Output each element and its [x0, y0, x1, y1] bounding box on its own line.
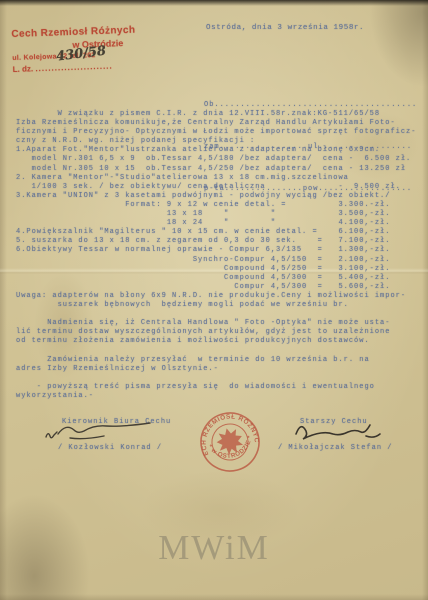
body-line [16, 346, 422, 355]
body-line: model Nr.301 6,5 x 9 ob.Tessar 4,5/180 /… [16, 155, 422, 164]
body-line: 6.Obiektywy Tessar w normalnej oprawie -… [16, 246, 422, 255]
body-line: 2. Kamera "Mentor"-"Studio"atelierowa 13… [16, 174, 422, 183]
letterhead-stamp: Cech Rzemiosł Różnych w Ostródzie ul. Ko… [11, 23, 184, 74]
body-line: czny z N.R.D. wg. niżej podanej specyfik… [16, 137, 422, 146]
body-line: adres Izby Rzemieślniczej w Olsztynie.- [16, 365, 422, 374]
body-line: Nadmienia się, iż Centrala Handlowa " Fo… [16, 319, 422, 328]
signature-right-title: Starszy Cechu [300, 418, 368, 426]
body-line: - powyższą treść pisma przesyła się do w… [16, 383, 422, 392]
body-line: lić terminu dostaw wyszczególnionych art… [16, 328, 422, 337]
paper-edge-shadow [0, 0, 428, 6]
signature-left-name: / Kozłowski Konrad / [58, 444, 162, 452]
body-line: suszarek bębnowych będziemy mogli podać … [16, 301, 422, 310]
reference-number-row: L. dz. ........................ [13, 59, 185, 74]
body-line: Format: 9 x 12 w cenie detal. = 3.300.-z… [16, 201, 422, 210]
body-line [16, 310, 422, 319]
body-line: Compound 4,5/300 = 5.400,-zł. [16, 274, 422, 283]
body-line: 3.Kamera "UNION" z 3 kasetami podwójnymi… [16, 192, 422, 201]
body-line: Synchro-Compur 4,5/150 = 2.100,-zł. [16, 256, 422, 265]
body-line: 1/100 3 sek. / bez obiektywu/ cena detal… [16, 183, 422, 192]
body-line: Zamówienia należy przesyłać w terminie d… [16, 356, 422, 365]
body-line: 13 x 18 " " 3.500,-zł. [16, 210, 422, 219]
body-line: Compur 4,5/300 = 5.600,-zł. [16, 283, 422, 292]
body-line: W związku z pismem C.I.R. z dnia 12.VIII… [16, 110, 422, 119]
body-line: Uwaga: adapterów na błony 6x9 N.R.D. nie… [16, 292, 422, 301]
scanned-letter-page: Cech Rzemiosł Różnych w Ostródzie ul. Ko… [0, 0, 428, 600]
archive-watermark: MWiM [0, 528, 428, 568]
body-line: Izba Rzemieślnicza komunikuje,że Central… [16, 119, 422, 128]
signature-right-name: / Mikołajczak Stefan / [278, 444, 392, 452]
body-line [16, 374, 422, 383]
body-line: od terminu złożenia zamówienia i możliwo… [16, 337, 422, 346]
body-line: 18 x 24 " " 4.100,-zł. [16, 219, 422, 228]
body-line: ficznymi i Precyzyjno- Optycznymi w Łodz… [16, 128, 422, 137]
ldz-label: L. dz. [13, 64, 34, 74]
body-line: model Nr.305 10 x 15 ob.Tessar 4,5/250 /… [16, 165, 422, 174]
date-line: Ostróda, dnia 3 września 1958r. [206, 24, 364, 32]
body-line: Compound 4,5/250 = 3.100,-zł. [16, 265, 422, 274]
ldz-dotted-line: ........................ [35, 62, 113, 74]
signature-left-title: Kierownik Biura Cechu [62, 418, 171, 426]
official-round-stamp: CECH RZEMIOSŁ RÓŻNYCH * w OSTRÓDZIE * [182, 394, 279, 491]
letter-body: W związku z pismem C.I.R. z dnia 12.VIII… [16, 110, 422, 401]
body-line: wykorzystania.- [16, 392, 422, 401]
body-line: 4.Powiększalnik "Magilterus " 10 x 15 cm… [16, 228, 422, 237]
